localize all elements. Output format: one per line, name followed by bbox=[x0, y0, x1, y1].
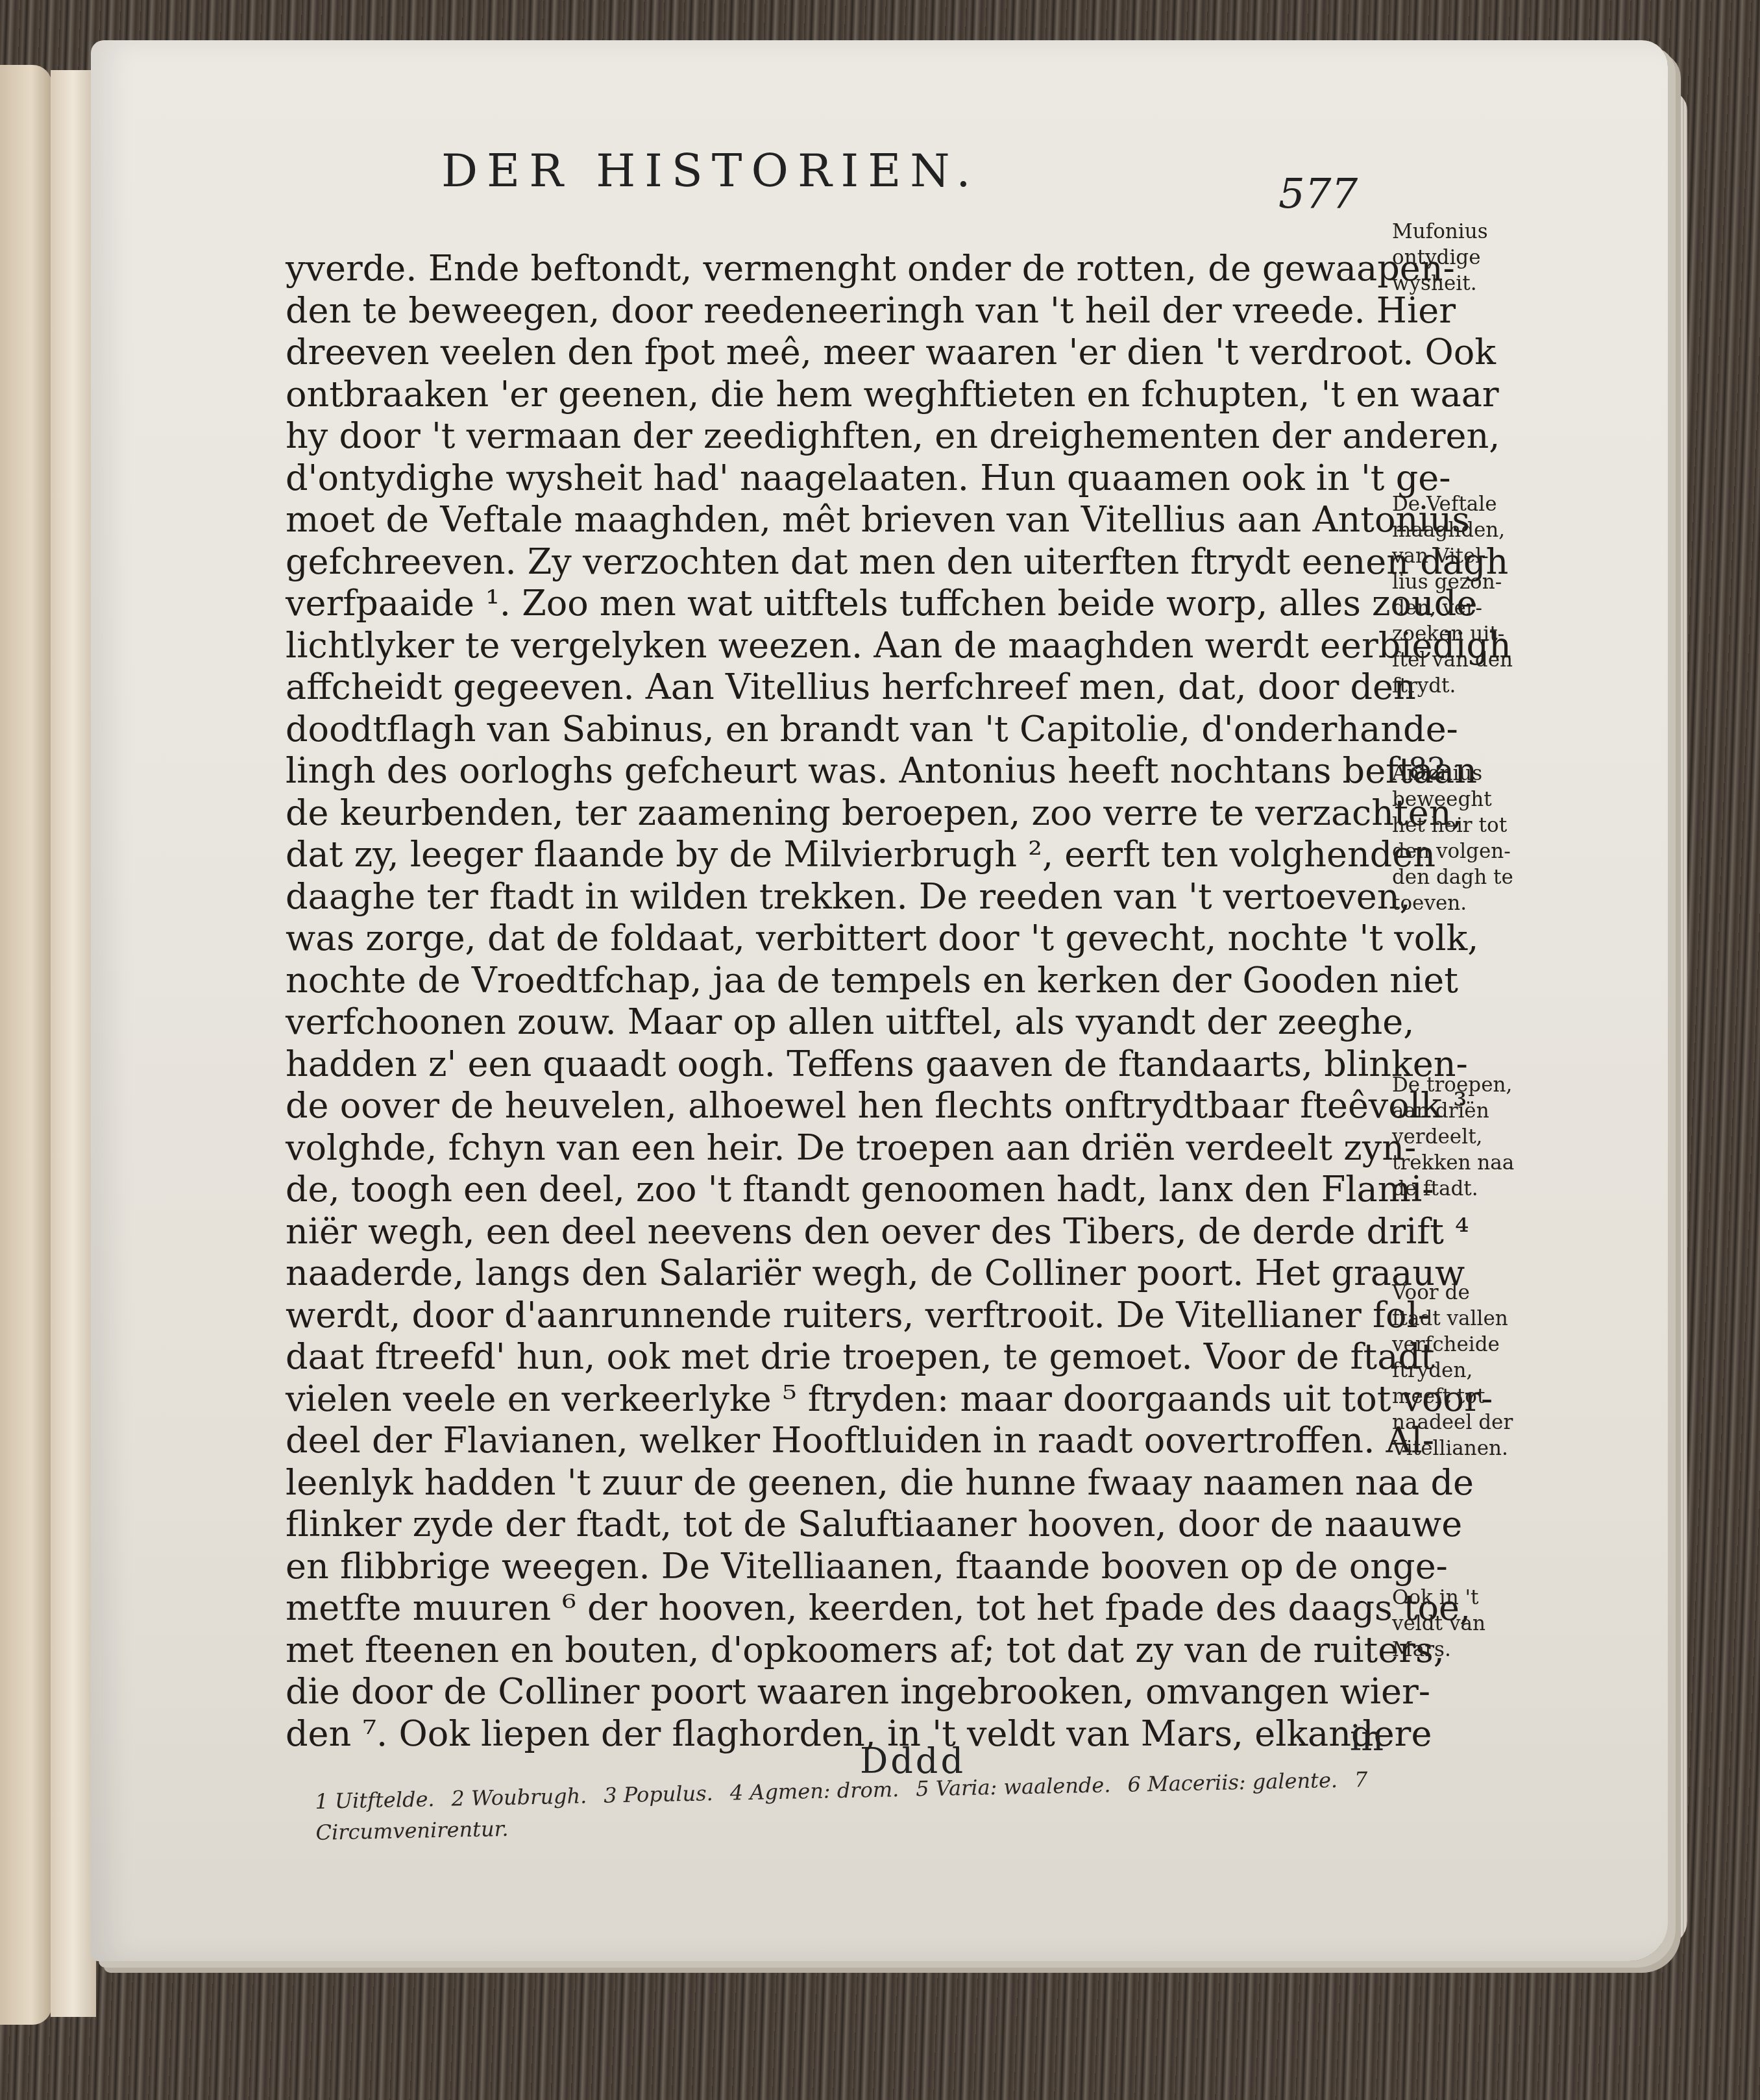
catchword: in bbox=[1350, 1718, 1384, 1759]
margin-note-line: verfcheide bbox=[1392, 1332, 1528, 1358]
text-line: werdt, door d'aanrunnende ruiters, verft… bbox=[286, 1295, 1389, 1337]
footnote: 3 Populus. bbox=[604, 1781, 713, 1808]
running-head: DER HISTORIEN. bbox=[441, 144, 979, 197]
book-page: DER HISTORIEN. 577 yverde. Ende beftondt… bbox=[91, 40, 1668, 1961]
text-line: vielen veele en verkeerlyke ⁵ ftryden: m… bbox=[286, 1378, 1389, 1421]
text-line: affcheidt gegeeven. Aan Vitellius herfch… bbox=[286, 666, 1389, 709]
margin-note-line: trekken naa bbox=[1392, 1150, 1528, 1176]
margin-note-line: ftrydt. bbox=[1392, 673, 1528, 699]
margin-note-line: Antonius bbox=[1392, 761, 1528, 787]
margin-note-line: ontydige bbox=[1392, 245, 1528, 271]
margin-note-line: Mars. bbox=[1392, 1637, 1528, 1663]
text-line: daat ftreefd' hun, ook met drie troepen,… bbox=[286, 1336, 1389, 1378]
margin-note-line: wysheit. bbox=[1392, 271, 1528, 297]
text-line: den ⁷. Ook liepen der flaghorden, in 't … bbox=[286, 1713, 1389, 1755]
text-line: daaghe ter ftadt in wilden trekken. De r… bbox=[286, 876, 1389, 918]
margin-note-line: maaghden, bbox=[1392, 517, 1528, 543]
text-line: ontbraaken 'er geenen, die hem weghftiet… bbox=[286, 374, 1389, 416]
margin-note-line: toeven. bbox=[1392, 890, 1528, 916]
margin-note-line: ftadt vallen bbox=[1392, 1306, 1528, 1332]
text-line: de keurbenden, ter zaamening beroepen, z… bbox=[286, 792, 1389, 835]
margin-note-line: naadeel der bbox=[1392, 1410, 1528, 1435]
text-line: moet de Veftale maaghden, mêt brieven va… bbox=[286, 499, 1389, 541]
text-line: hadden z' een quaadt oogh. Teffens gaave… bbox=[286, 1044, 1389, 1086]
margin-note-line: lius gezon- bbox=[1392, 569, 1528, 595]
text-line: deel der Flavianen, welker Hooftluiden i… bbox=[286, 1420, 1389, 1462]
page-number: 577 bbox=[1278, 170, 1358, 218]
text-line: dreeven veelen den fpot meê, meer waaren… bbox=[286, 332, 1389, 374]
margin-note-vestale: De Veftalemaaghden,van Vitel-lius gezon-… bbox=[1392, 491, 1528, 699]
margin-note-voor-de-stadt: Voor deftadt vallenverfcheideftryden,mee… bbox=[1392, 1280, 1528, 1461]
margin-note-line: zoeken uit- bbox=[1392, 621, 1528, 647]
margin-note-line: van Vitel- bbox=[1392, 543, 1528, 569]
text-line: verfpaaide ¹. Zoo men wat uitftels tuffc… bbox=[286, 583, 1389, 625]
margin-note-line: het heir tot bbox=[1392, 812, 1528, 838]
margin-note-musonius: Mufoniusontydigewysheit. bbox=[1392, 219, 1528, 297]
text-line: dat zy, leeger flaande by de Milvierbrug… bbox=[286, 834, 1389, 876]
footnote: 1 Uitftelde. bbox=[315, 1787, 435, 1814]
margin-note-line: meeft tot bbox=[1392, 1384, 1528, 1410]
margin-note-line: Ook in 't bbox=[1392, 1585, 1528, 1611]
margin-note-line: beweeght bbox=[1392, 787, 1528, 812]
text-line: die door de Colliner poort waaren ingebr… bbox=[286, 1671, 1389, 1713]
text-line: en flibbrige weegen. De Vitelliaanen, ft… bbox=[286, 1546, 1389, 1588]
text-line: yverde. Ende beftondt, vermenght onder d… bbox=[286, 248, 1389, 290]
footnote: 4 Agmen: drom. bbox=[729, 1777, 899, 1805]
margin-note-line: Voor de bbox=[1392, 1280, 1528, 1306]
left-page-edge bbox=[0, 65, 52, 2025]
margin-note-line: de ftadt. bbox=[1392, 1176, 1528, 1202]
text-line: den te beweegen, door reedeneeringh van … bbox=[286, 290, 1389, 332]
margin-note-line: ftel van den bbox=[1392, 647, 1528, 673]
margin-note-antonius: Antoniusbeweeghthet heir totden volgen-d… bbox=[1392, 761, 1528, 916]
margin-note-line: ftryden, bbox=[1392, 1358, 1528, 1384]
margin-note-line: De troepen, bbox=[1392, 1072, 1528, 1098]
footnote: 2 Woubrugh. bbox=[451, 1783, 587, 1811]
margin-note-line: verdeelt, bbox=[1392, 1124, 1528, 1150]
text-line: gefchreeven. Zy verzochten dat men den u… bbox=[286, 541, 1389, 583]
footnote: 6 Maceriis: galente. bbox=[1127, 1768, 1338, 1797]
text-line: lichtlyker te vergelyken weezen. Aan de … bbox=[286, 625, 1389, 667]
margin-note-line: Vitellianen. bbox=[1392, 1435, 1528, 1461]
margin-note-troepen: De troepen,aan driënverdeelt,trekken naa… bbox=[1392, 1072, 1528, 1202]
margin-note-line: veldt van bbox=[1392, 1611, 1528, 1637]
gutter-flap bbox=[51, 70, 96, 2017]
text-line: volghde, fchyn van een heir. De troepen … bbox=[286, 1127, 1389, 1169]
text-line: de oover de heuvelen, alhoewel hen flech… bbox=[286, 1085, 1389, 1127]
text-line: flinker zyde der ftadt, tot de Saluftiaa… bbox=[286, 1504, 1389, 1546]
text-line: hy door 't vermaan der zeedighften, en d… bbox=[286, 415, 1389, 458]
margin-note-line: den volgen- bbox=[1392, 838, 1528, 864]
text-line: was zorge, dat de foldaat, verbittert do… bbox=[286, 918, 1389, 960]
text-line: de, toogh een deel, zoo 't ftandt genoom… bbox=[286, 1169, 1389, 1211]
text-line: d'ontydighe wysheit had' naagelaaten. Hu… bbox=[286, 458, 1389, 500]
margin-note-line: den, ver- bbox=[1392, 595, 1528, 621]
text-line: lingh des oorloghs gefcheurt was. Antoni… bbox=[286, 750, 1389, 792]
margin-note-line: De Veftale bbox=[1392, 491, 1528, 517]
body-text: yverde. Ende beftondt, vermenght onder d… bbox=[286, 248, 1389, 1755]
text-line: doodtflagh van Sabinus, en brandt van 't… bbox=[286, 709, 1389, 751]
margin-note-line: aan driën bbox=[1392, 1098, 1528, 1124]
margin-note-line: den dagh te bbox=[1392, 864, 1528, 890]
text-line: verfchoonen zouw. Maar op allen uitftel,… bbox=[286, 1001, 1389, 1044]
margin-note-line: Mufonius bbox=[1392, 219, 1528, 245]
text-line: met fteenen en bouten, d'opkoomers af; t… bbox=[286, 1630, 1389, 1672]
text-line: metfte muuren ⁶ der hooven, keerden, tot… bbox=[286, 1587, 1389, 1630]
text-line: nochte de Vroedtfchap, jaa de tempels en… bbox=[286, 960, 1389, 1002]
footnote: 5 Varia: waalende. bbox=[916, 1772, 1111, 1801]
text-line: naaderde, langs den Salariër wegh, de Co… bbox=[286, 1252, 1389, 1295]
text-line: leenlyk hadden 't zuur de geenen, die hu… bbox=[286, 1462, 1389, 1504]
margin-note-veldt-van-mars: Ook in 'tveldt vanMars. bbox=[1392, 1585, 1528, 1663]
footnotes: 1 Uitftelde.2 Woubrugh.3 Populus.4 Agmen… bbox=[315, 1763, 1419, 1848]
text-line: niër wegh, een deel neevens den oever de… bbox=[286, 1211, 1389, 1253]
